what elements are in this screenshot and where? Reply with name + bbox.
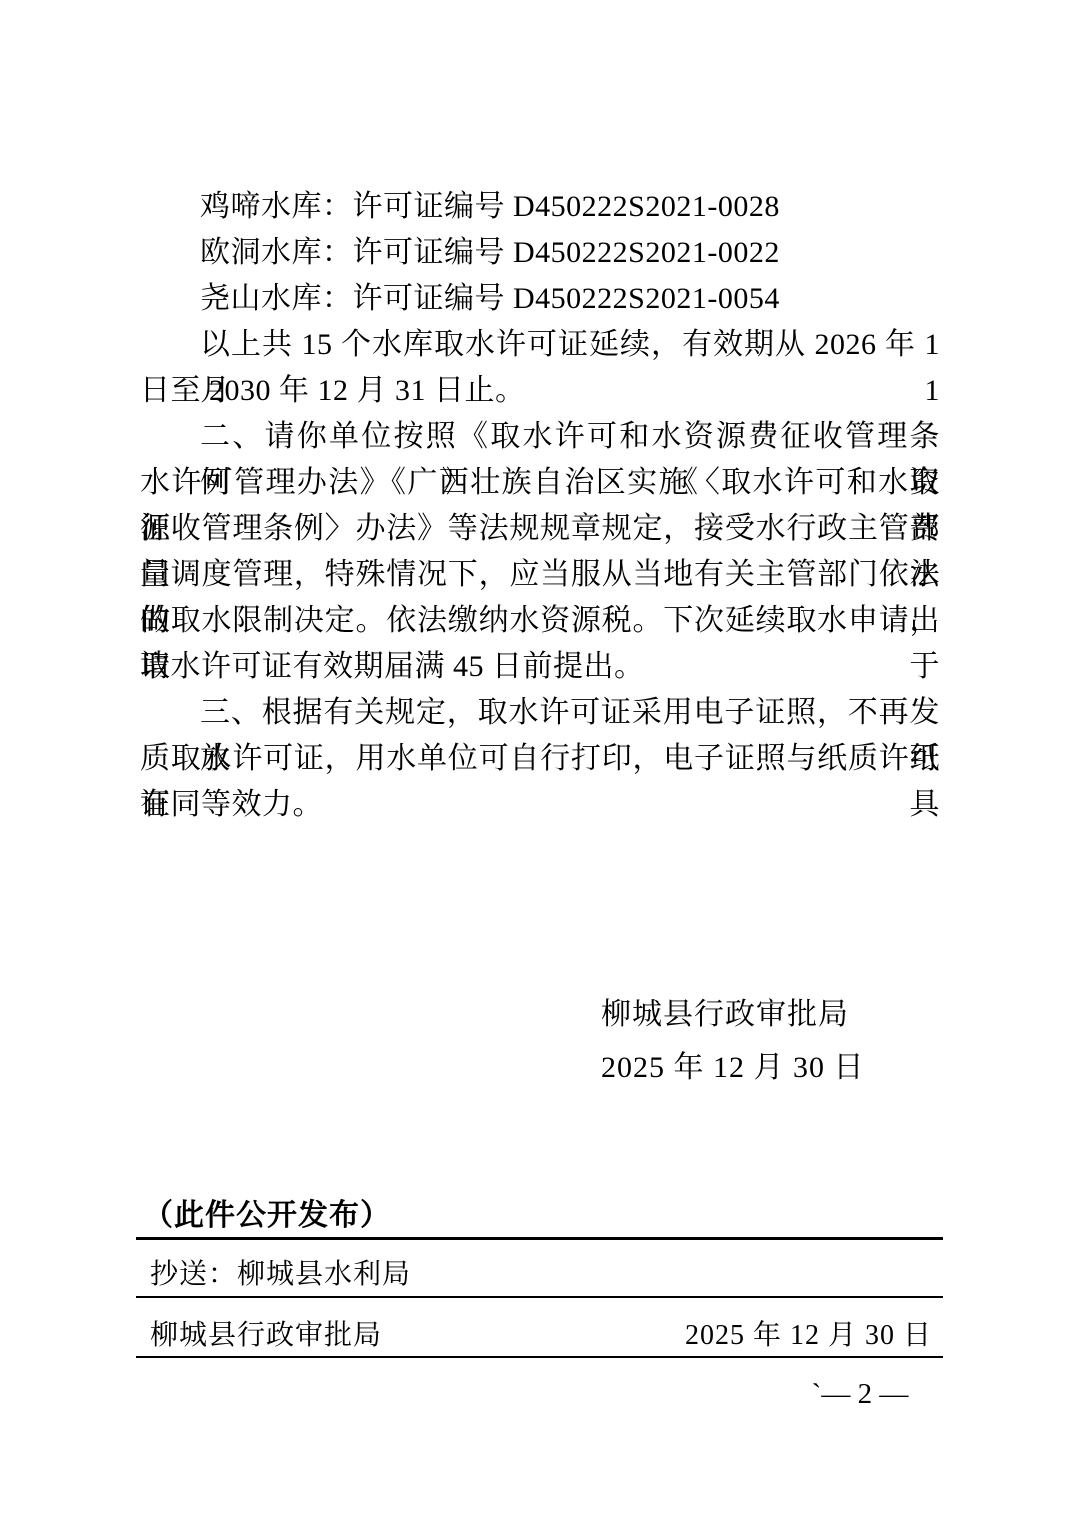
signature-block: 柳城县行政审批局 2025 年 12 月 30 日 (601, 988, 865, 1094)
text-line: 尧山水库：许可证编号 D450222S2021-0054 (140, 276, 940, 322)
text-line: 二、请你单位按照《取水许可和水资源费征收管理条例》《取 (140, 414, 940, 460)
text-line: 征收管理条例〉办法》等法规规章规定，接受水行政主管部门水 (140, 506, 940, 552)
issuer-row: 柳城县行政审批局 2025 年 12 月 30 日 (150, 1313, 932, 1353)
issuer-name: 柳城县行政审批局 (150, 1313, 382, 1353)
text-line: 以上共 15 个水库取水许可证延续，有效期从 2026 年 1 月 1 (140, 322, 940, 368)
signature-org: 柳城县行政审批局 (601, 988, 865, 1041)
separator-line-bottom (136, 1356, 943, 1358)
signature-date: 2025 年 12 月 30 日 (601, 1041, 865, 1094)
document-body: 鸡啼水库：许可证编号 D450222S2021-0028 欧洞水库：许可证编号 … (140, 184, 940, 828)
issue-date: 2025 年 12 月 30 日 (685, 1313, 932, 1353)
page-number: `— 2 — (760, 1378, 960, 1411)
text-line: 量调度管理，特殊情况下，应当服从当地有关主管部门依法做出 (140, 552, 940, 598)
text-line: 水许可管理办法》《广西壮族自治区实施〈取水许可和水资源费 (140, 460, 940, 506)
public-release-note: （此件公开发布） (143, 1190, 391, 1234)
document-page: 鸡啼水库：许可证编号 D450222S2021-0028 欧洞水库：许可证编号 … (0, 0, 1074, 1520)
text-line: 欧洞水库：许可证编号 D450222S2021-0022 (140, 230, 940, 276)
text-line: 三、根据有关规定，取水许可证采用电子证照，不再发放纸 (140, 690, 940, 736)
text-line: 质取水许可证，用水单位可自行打印，电子证照与纸质许可证具 (140, 736, 940, 782)
cc-row: 抄送：柳城县水利局 (150, 1252, 411, 1292)
text-line: 的取水限制决定。依法缴纳水资源税。下次延续取水申请，请于 (140, 598, 940, 644)
text-line: 鸡啼水库：许可证编号 D450222S2021-0028 (140, 184, 940, 230)
separator-line-middle (136, 1296, 943, 1298)
separator-line-top (136, 1237, 943, 1240)
